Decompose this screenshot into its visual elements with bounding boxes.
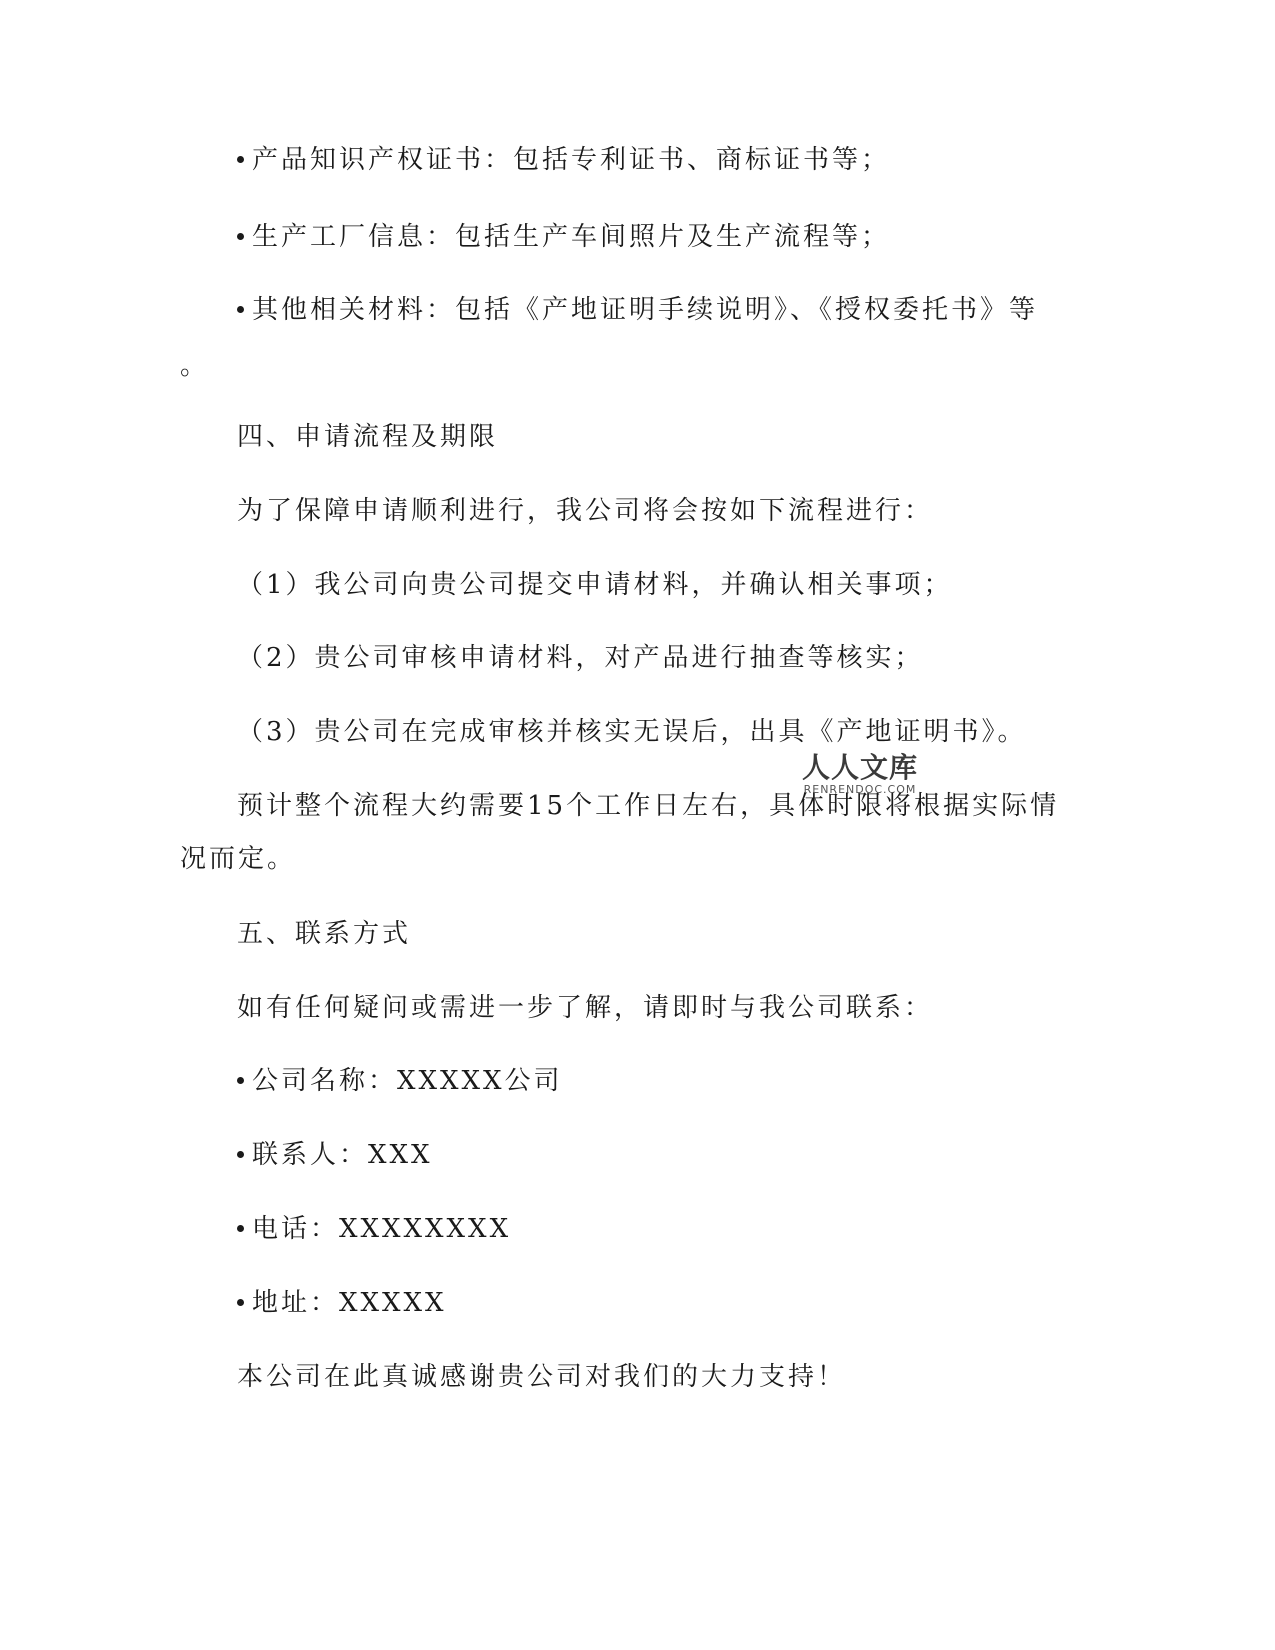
section-heading-5: 五、联系方式 <box>237 918 411 950</box>
contact-phone: 电话：XXXXXXXX <box>237 1213 511 1245</box>
bullet-icon <box>237 1225 244 1232</box>
process-intro: 为了保障申请顺利进行，我公司将会按如下流程进行： <box>237 495 933 527</box>
bullet-icon <box>237 1077 244 1084</box>
process-step-2: （2）贵公司审核申请材料，对产品进行抽查等核实； <box>237 642 924 674</box>
bullet-icon <box>237 1299 244 1306</box>
contact-address: 地址：XXXXX <box>237 1287 447 1319</box>
contact-intro: 如有任何疑问或需进一步了解，请即时与我公司联系： <box>237 992 933 1024</box>
contact-person: 联系人：XXX <box>237 1139 433 1171</box>
process-step-3: （3）贵公司在完成审核并核实无误后，出具《产地证明书》。 <box>237 716 1027 748</box>
bullet-icon <box>237 306 244 313</box>
bullet-icon <box>237 233 244 240</box>
bullet-icon <box>237 1151 244 1158</box>
process-duration-continuation: 况而定。 <box>180 843 296 875</box>
watermark-url: RENRENDOC.COM <box>785 784 935 796</box>
bullet-icon <box>237 156 244 163</box>
process-step-1: （1）我公司向贵公司提交申请材料，并确认相关事项； <box>237 569 953 601</box>
document-page: 产品知识产权证书：包括专利证书、商标证书等； 生产工厂信息：包括生产车间照片及生… <box>0 0 1275 1650</box>
bullet-ip-certificates: 产品知识产权证书：包括专利证书、商标证书等； <box>237 144 890 176</box>
section-heading-4: 四、申请流程及期限 <box>237 421 498 453</box>
contact-company-name: 公司名称：XXXXX公司 <box>237 1065 563 1097</box>
process-duration: 预计整个流程大约需要15个工作日左右，具体时限将根据实际情 <box>237 790 1059 822</box>
bullet-factory-info: 生产工厂信息：包括生产车间照片及生产流程等； <box>237 221 890 253</box>
watermark-logo: 人人文库 RENRENDOC.COM <box>785 752 935 796</box>
watermark-title: 人人文库 <box>785 752 935 784</box>
closing-thanks: 本公司在此真诚感谢贵公司对我们的大力支持！ <box>237 1361 846 1393</box>
bullet-other-materials-continuation: 。 <box>180 350 209 382</box>
bullet-other-materials: 其他相关材料：包括《产地证明手续说明》、《授权委托书》等 <box>237 294 1038 326</box>
